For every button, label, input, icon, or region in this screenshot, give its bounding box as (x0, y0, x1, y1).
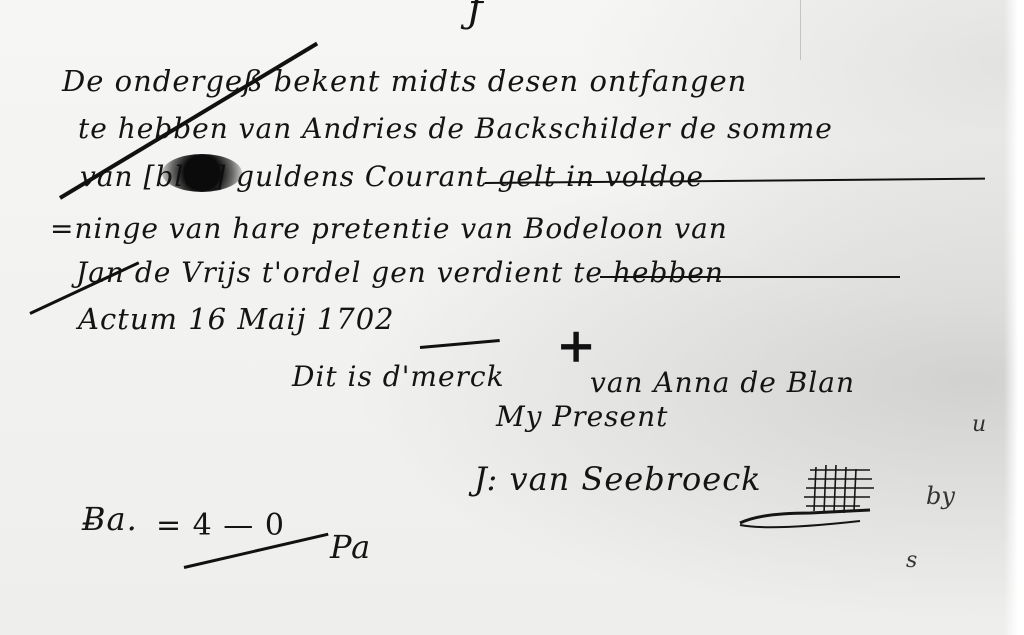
paper-fold-mark (800, 0, 801, 60)
amount-suffix: Pa (330, 528, 371, 566)
torn-right-edge (1004, 0, 1024, 635)
margin-note-3: s (906, 548, 917, 573)
body-line-5: Jan de Vrijs t'ordel gen verdient te heb… (76, 256, 724, 289)
line-strike-5 (600, 276, 900, 278)
mark-statement: Dit is d'merck (292, 360, 505, 393)
amount-prefix: Ƀa. (82, 500, 138, 538)
body-line-4: =ninge van hare pretentie van Bodeloon v… (50, 212, 728, 245)
signature: J: van Seebroeck (474, 460, 762, 498)
body-line-1: De ondergeß bekent midts desen ontfangen (62, 64, 747, 98)
amount-value: = 4 — 0 (156, 508, 285, 543)
date-line: Actum 16 Maij 1702 (78, 302, 395, 336)
top-flourish: ƒ (468, 0, 484, 32)
ink-blot (162, 154, 242, 192)
mark-of-name: van Anna de Blan (590, 366, 855, 399)
margin-note-2: by (926, 482, 955, 510)
margin-note-1: u (972, 412, 986, 437)
witness-line: My Present (496, 400, 668, 433)
signature-paraph-icon (730, 455, 890, 535)
